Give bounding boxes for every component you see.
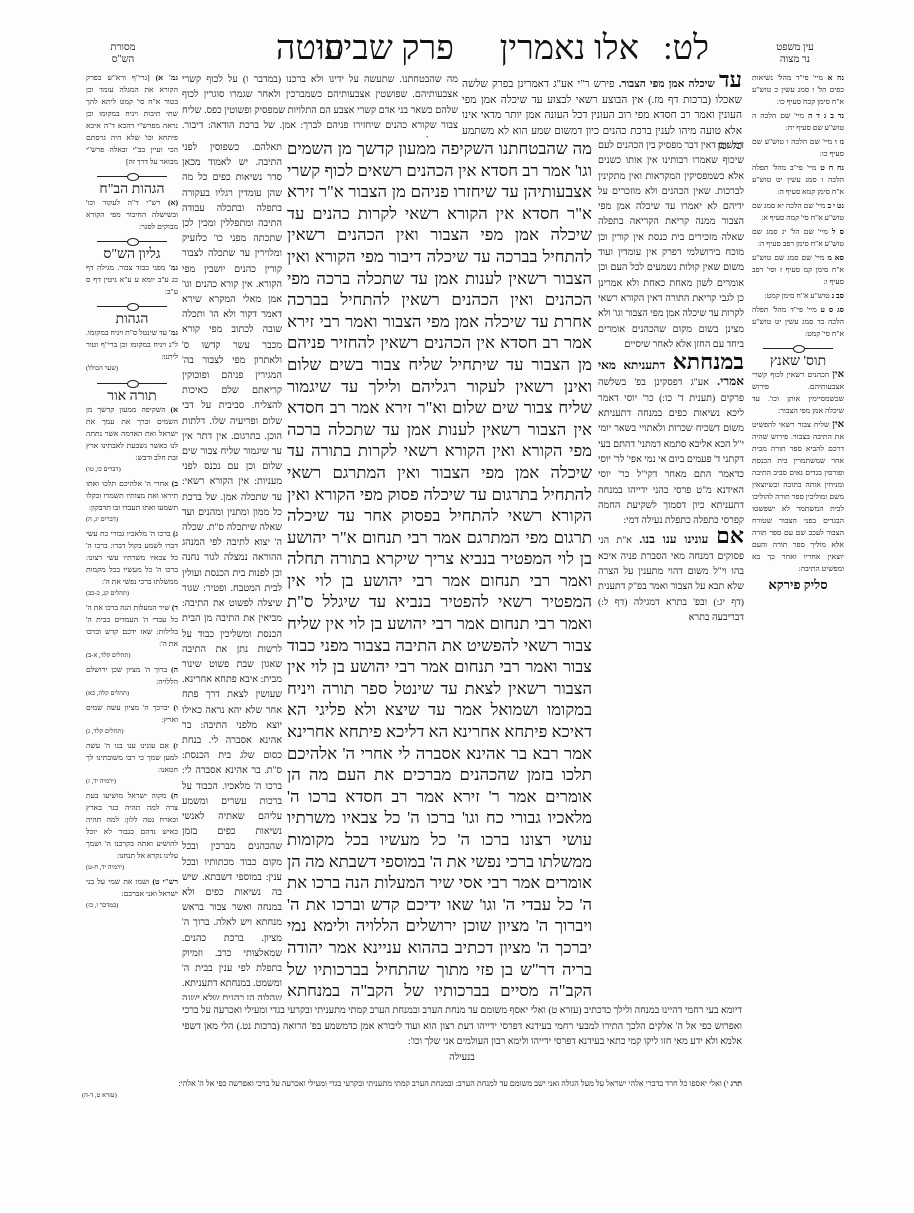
torah-or-entry: ו) יברכך ה' מציון עשה שמים וארץ:(תהלים ק… bbox=[86, 702, 178, 738]
masoret-hashas-heading: מסורת הש"ס bbox=[88, 42, 158, 66]
ein-mishpat-column: נח א מיי' פי"ד מהל' נשיאות כפים הל' ו סמ… bbox=[752, 72, 844, 972]
torah-or-entry: ח) מקוה ישראל מושיעו בעת צרה למה תהיה כג… bbox=[86, 790, 178, 874]
torah-or-entry: ד) שיר המעלות הנה ברכו את ה' כל עבדי ה' … bbox=[86, 602, 178, 662]
ein-mishpat-entry: סב נ טוש"ע א"ח סימן קמט: bbox=[752, 290, 844, 302]
hagahot-bach-entry: (א) רש"י ד"ה לעקור וכו' ובשישלה החיבור מ… bbox=[86, 197, 178, 233]
rashi-commentary: תאלהם. כשפוסין לפני התיבה. יש לאמוד מכאן… bbox=[182, 140, 282, 1000]
tosafot-shantz-title: תוס' שאנץ bbox=[752, 356, 844, 368]
gilyon-entry: גמ' מפני כבוד צבור. מגילה דף כג ע"ב יומא… bbox=[86, 262, 178, 298]
tosafot-bamincha-word: במנחתא bbox=[673, 349, 744, 374]
tosafot-commentary: דמשום דאין דבר מפסיק בין הכהנים לעם שיכו… bbox=[598, 138, 744, 998]
ein-mishpat-heading: עין משפט נר מצוה bbox=[760, 42, 830, 66]
ein-mishpat-entry: נז ו מיי' שם הלכה ו טוש"ע שם סעיף כו: bbox=[752, 136, 844, 160]
hagahot-bach-title: הגהות הב"ח bbox=[86, 184, 178, 196]
chapter-name: אלו נאמרין bbox=[500, 30, 639, 68]
rashi-mikra-entry: רש"י ט) ושמו את שמי על בני ישראל ואני אב… bbox=[86, 876, 178, 912]
targum-label: תרג bbox=[731, 1079, 742, 1088]
tractate-name: סוטה bbox=[276, 30, 344, 68]
torah-or-entry: א) השקיפה ממעון קדשך מן השמים וברך את עמ… bbox=[86, 404, 178, 476]
tosafot-am-word: אם bbox=[716, 523, 744, 548]
ornament-divider bbox=[97, 302, 167, 310]
gemara-text: מה שהבטחתנו השקיפה ממעון קדשך מן השמים ו… bbox=[287, 138, 592, 998]
torah-or-title: תורה אור bbox=[86, 391, 178, 403]
ornament-divider bbox=[97, 237, 167, 245]
targum-note: תרג י) ואלי יאספו כל חרד בדברי אלהי ישרא… bbox=[82, 1078, 742, 1102]
torah-or-entry: ז) אם עונינו ענו בנו ה' עשה למען שמך כי … bbox=[86, 740, 178, 788]
gilyon-hashas-title: גליון הש"ס bbox=[86, 249, 178, 261]
ein-mishpat-entry: נט י ב מיי' שם הלכה יא סמג שם טוש"ע א"ח … bbox=[752, 200, 844, 224]
gemara-body: השקיפה ממעון קדשך מן השמים וגו' אמר רב ח… bbox=[287, 139, 592, 998]
ein-mishpat-entry: סג ס ע מיי' פי"ד מהל' תפלה הלכה כד סמג ע… bbox=[752, 304, 844, 340]
tosafot-dibur: שיכלה אמן מפי הצבור. bbox=[619, 79, 719, 90]
torah-or-entry: ג) ברכו ה' מלאכיו גבורי כח עשי דברו לשמע… bbox=[86, 528, 178, 600]
rashi-top: מה שהבטחתנו. שתעשה על ידינו ולא ברכנו (ב… bbox=[182, 72, 458, 138]
hagahot-title: הגהות bbox=[86, 314, 178, 326]
hagahot-entry: גמ' עד שינטל ס"ת ויניח במקומו. ל"ג ויניח… bbox=[86, 327, 178, 375]
commentary-bottom-strip: דיומא בעי רחמי דהיינו במנחה ולילך כדכתיב… bbox=[182, 1003, 742, 1078]
ein-mishpat-entry: ס ל מיי' שם הל' יג סמג שם טוש"ע א"ח סימן… bbox=[752, 226, 844, 250]
ornament-divider bbox=[763, 344, 833, 352]
torah-or-entry: ה) ברוך ה' מציון שכן ירושלם הללויה:(תהלי… bbox=[86, 664, 178, 700]
gemara-opening: מה שהבטחתנו bbox=[499, 139, 592, 158]
page-header: עין משפט נר מצוה לט: אלו נאמרין פרק שביע… bbox=[0, 0, 914, 72]
ein-mishpat-entry: סא מ מיי' שם סמג שם טוש"ע א"ח סימן קמ סע… bbox=[752, 252, 844, 288]
torah-or-entry: ב) אחרי ה' אלהיכם תלכו ואתו תיראו ואת מצ… bbox=[86, 478, 178, 526]
ein-mishpat-entry: נח ח ט מיי' פי"ב מהל' תפלה הלכה ו סמג עש… bbox=[752, 162, 844, 198]
ein-mishpat-entry: נח א מיי' פי"ד מהל' נשיאות כפים הל' ו סמ… bbox=[752, 72, 844, 108]
masoret-entry: גמ' א) [גרי"ף ורא"ש בפרק הקורא את המגלה … bbox=[86, 72, 178, 168]
ornament-divider bbox=[97, 172, 167, 180]
tosafot-opening-word: עד bbox=[719, 72, 742, 92]
ornament-divider bbox=[97, 379, 167, 387]
masoret-hashas-column: גמ' א) [גרי"ף ורא"ש בפרק הקורא את המגלה … bbox=[86, 72, 178, 1082]
page-number: לט: bbox=[663, 30, 709, 68]
siyum-perek: סליק פירקא bbox=[752, 579, 844, 591]
ein-mishpat-entry: נד ב ג ד ה מיי' שם הלכה ה טוש"ע שם סעיף … bbox=[752, 110, 844, 134]
tosafot-shantz-entry: אין הכהנים רשאין לכוף קשרי אצבעותיהם. פי… bbox=[752, 369, 844, 417]
tosafot-shantz-entry: אין שליח צבור רשאי להפשיט את התיבה בצבור… bbox=[752, 419, 844, 575]
